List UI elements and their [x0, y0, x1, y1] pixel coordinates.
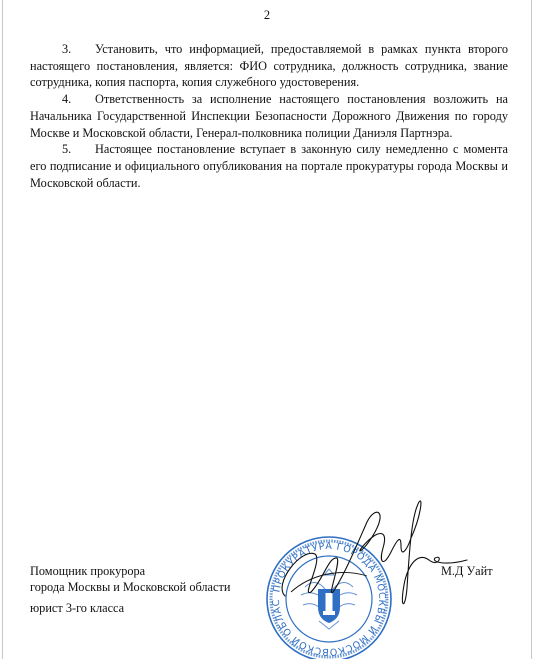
- signatory-block: Помощник прокурора города Москвы и Моско…: [30, 564, 230, 617]
- paragraph-text: Установить, что информацией, предоставля…: [30, 42, 508, 89]
- signatory-title-line1: Помощник прокурора: [30, 564, 230, 580]
- document-body: 3.Установить, что информацией, предостав…: [30, 41, 508, 191]
- page-number: 2: [3, 8, 531, 23]
- paragraph-number: 5.: [62, 141, 95, 158]
- document-page: 2 3.Установить, что информацией, предост…: [2, 0, 532, 659]
- paragraph-5: 5.Настоящее постановление вступает в зак…: [30, 141, 508, 191]
- signatory-title-line2: города Москвы и Московской области: [30, 580, 230, 596]
- signatory-rank: юрист 3-го класса: [30, 601, 230, 617]
- paragraph-number: 3.: [62, 41, 95, 58]
- paragraph-text: Ответственность за исполнение настоящего…: [30, 92, 508, 139]
- signatory-name: М.Д Уайт: [441, 564, 493, 579]
- paragraph-4: 4.Ответственность за исполнение настояще…: [30, 91, 508, 141]
- paragraph-number: 4.: [62, 91, 95, 108]
- signature-icon: [271, 488, 471, 618]
- paragraph-3: 3.Установить, что информацией, предостав…: [30, 41, 508, 91]
- paragraph-text: Настоящее постановление вступает в закон…: [30, 142, 508, 189]
